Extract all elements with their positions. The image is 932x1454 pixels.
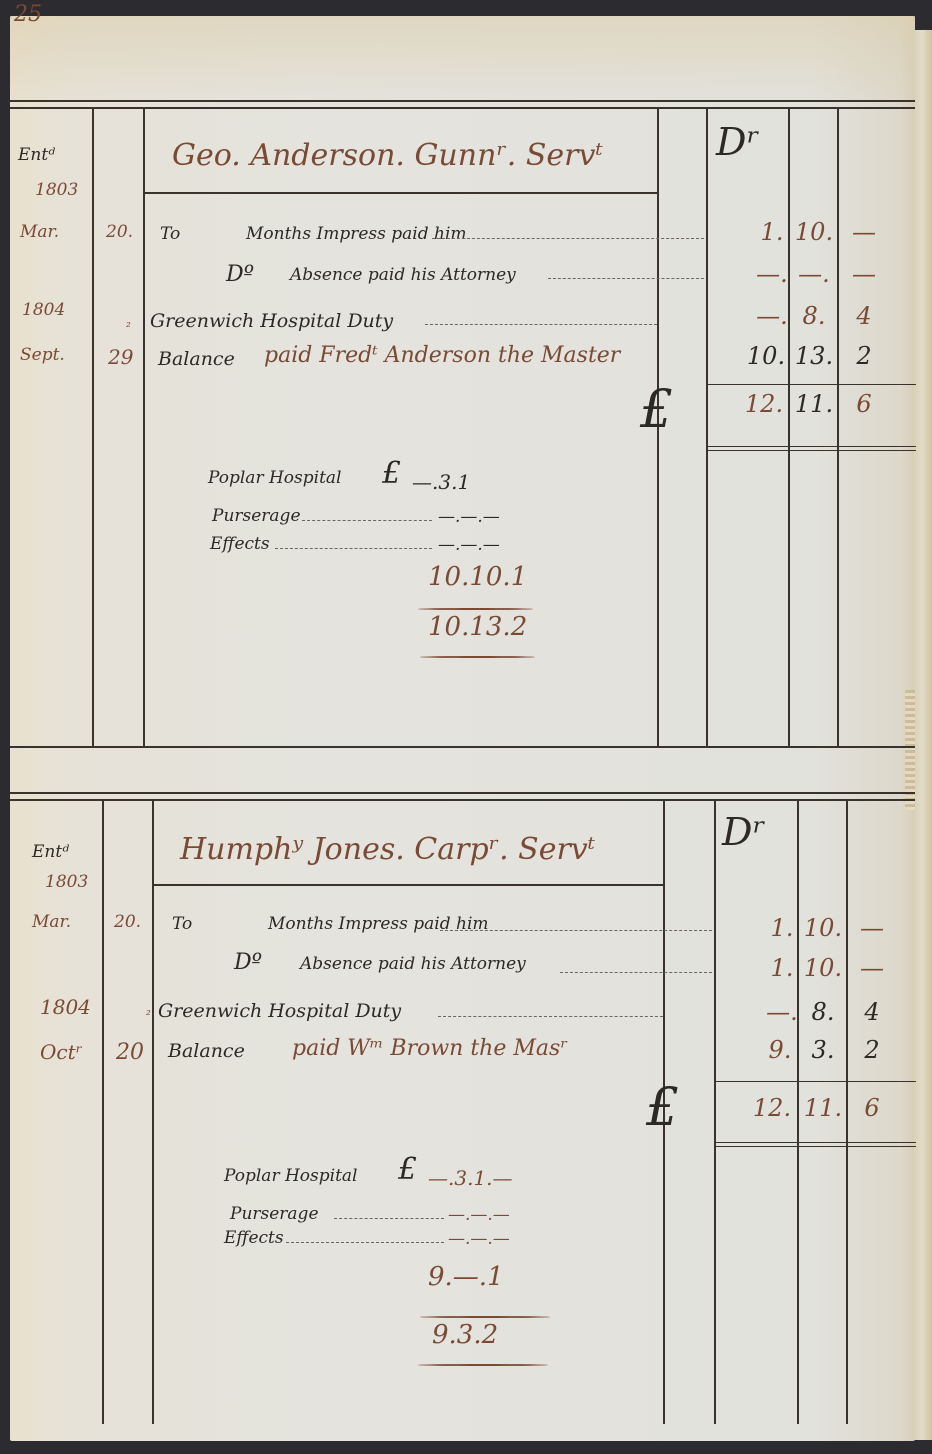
pence: —	[844, 260, 884, 288]
breakdown-currency: £	[382, 456, 401, 491]
month-2: Sept.	[20, 345, 65, 365]
top-rule	[10, 792, 915, 794]
breakdown-total: 10.13.2	[428, 612, 527, 642]
day-2-mark: ₂	[146, 1004, 151, 1018]
name-box-rule	[152, 884, 664, 886]
pounds: 1.	[762, 914, 802, 942]
column-rule	[837, 108, 839, 748]
pence: —	[852, 954, 892, 982]
shillings: —.	[794, 260, 834, 288]
column-rule	[152, 800, 154, 1424]
shillings: 10.	[803, 914, 843, 942]
pence: 2	[844, 342, 884, 370]
breakdown-label: Effects	[224, 1228, 284, 1248]
day-2: 29	[108, 345, 133, 369]
leader-dots	[425, 324, 657, 325]
breakdown-currency: £	[398, 1152, 417, 1187]
top-rule	[10, 100, 915, 102]
column-rule	[714, 800, 716, 1424]
shillings: 3.	[803, 1036, 843, 1064]
column-rule	[846, 800, 848, 1424]
breakdown-label: Poplar Hospital	[224, 1166, 357, 1186]
debit-heading: Dʳ	[722, 810, 766, 854]
column-rule	[92, 108, 94, 748]
pence: 4	[844, 302, 884, 330]
breakdown-value: —.—.—	[438, 507, 500, 527]
pounds: —.	[762, 998, 802, 1026]
line-description: Months Impress paid him	[246, 224, 467, 244]
debit-heading: Dʳ	[716, 120, 760, 164]
breakdown-label: Purserage	[212, 506, 301, 526]
month-1: Mar.	[20, 222, 59, 242]
pounds: 1.	[762, 954, 802, 982]
leader-dots	[286, 1242, 444, 1243]
underline-flourish	[418, 608, 533, 610]
column-rule	[797, 800, 799, 1424]
pound-sign: £	[640, 380, 673, 440]
line-prefix: To	[160, 224, 180, 244]
underline-flourish	[418, 1364, 548, 1366]
pounds: —.	[752, 260, 792, 288]
page-edge	[912, 30, 932, 1440]
total-pence: 6	[844, 390, 884, 418]
leader-dots	[275, 548, 432, 549]
line-description: Months Impress paid him	[268, 914, 489, 934]
line-description: Balance	[158, 348, 235, 370]
pounds: 10.	[746, 342, 786, 370]
breakdown-subtotal: 9.—.1	[428, 1262, 504, 1292]
line-prefix: To	[172, 914, 192, 934]
breakdown-label: Poplar Hospital	[208, 468, 341, 488]
pence: 2	[852, 1036, 892, 1064]
line-description: Greenwich Hospital Duty	[150, 310, 393, 332]
total-pence: 6	[852, 1094, 892, 1122]
entered-label: Entᵈ	[18, 145, 55, 165]
total-double-rule	[706, 450, 916, 451]
leader-dots	[302, 520, 432, 521]
breakdown-value: —.3.1	[412, 470, 470, 494]
total-pounds: 12.	[744, 390, 784, 418]
total-double-rule	[706, 446, 916, 447]
account-name: Humphʸ Jones. Carpʳ. Servᵗ	[180, 832, 595, 867]
total-shillings: 11.	[803, 1094, 843, 1122]
year-2: 1804	[40, 995, 91, 1019]
leader-dots	[438, 1016, 663, 1017]
top-rule-inner	[10, 107, 915, 109]
line-addendum: paid Fredᵗ Anderson the Master	[264, 343, 620, 368]
shillings: 13.	[794, 342, 834, 370]
breakdown-subtotal: 10.10.1	[428, 562, 527, 592]
year-2: 1804	[22, 300, 65, 320]
breakdown-label: Effects	[210, 534, 270, 554]
leader-dots	[334, 1218, 444, 1219]
underline-flourish	[420, 656, 535, 658]
shillings: 8.	[803, 998, 843, 1026]
shillings: 10.	[803, 954, 843, 982]
month-2: Octʳ	[40, 1040, 83, 1064]
bottom-rule	[10, 746, 915, 748]
line-description: Absence paid his Attorney	[290, 265, 516, 285]
shillings: 10.	[794, 218, 834, 246]
breakdown-value: —.—.—	[448, 1205, 510, 1225]
year-1: 1803	[45, 872, 88, 892]
column-rule	[706, 108, 708, 748]
entered-label: Entᵈ	[32, 842, 69, 862]
total-pounds: 12.	[752, 1094, 792, 1122]
total-double-rule	[714, 1146, 916, 1147]
pounds: 9.	[760, 1036, 800, 1064]
line-prefix: Dº	[234, 950, 262, 975]
column-rule	[788, 108, 790, 748]
total-double-rule	[714, 1142, 916, 1143]
line-description: Absence paid his Attorney	[300, 954, 526, 974]
leader-dots	[440, 930, 712, 931]
account-name: Geo. Anderson. Gunnʳ. Servᵗ	[172, 138, 603, 173]
pence: —	[852, 914, 892, 942]
day-1: 20.	[114, 912, 141, 932]
pound-sign: £	[646, 1078, 679, 1138]
name-box-rule	[143, 192, 658, 194]
column-rule	[143, 108, 145, 748]
line-prefix: Dº	[226, 262, 254, 287]
total-shillings: 11.	[794, 390, 834, 418]
breakdown-value: —.—.—	[438, 535, 500, 555]
leader-dots	[560, 972, 712, 973]
leader-dots	[548, 278, 704, 279]
column-rule	[102, 800, 104, 1424]
shillings: 8.	[794, 302, 834, 330]
day-1: 20.	[106, 222, 133, 242]
breakdown-label: Purserage	[230, 1204, 319, 1224]
line-description: Balance	[168, 1040, 245, 1062]
pence: —	[844, 218, 884, 246]
month-1: Mar.	[32, 912, 71, 932]
breakdown-value: —.3.1.—	[428, 1166, 513, 1190]
line-addendum: paid Wᵐ Brown the Masʳ	[292, 1036, 568, 1061]
day-2: 20	[116, 1040, 144, 1065]
pounds: 1.	[752, 218, 792, 246]
pounds: —.	[752, 302, 792, 330]
underline-flourish	[420, 1316, 550, 1318]
top-rule-inner	[10, 799, 915, 801]
leader-dots	[432, 238, 704, 239]
page-number: 25	[14, 2, 42, 27]
line-description: Greenwich Hospital Duty	[158, 1000, 401, 1022]
total-rule	[706, 384, 916, 385]
breakdown-value: —.—.—	[448, 1229, 510, 1249]
pence: 4	[852, 998, 892, 1026]
year-1: 1803	[35, 180, 78, 200]
breakdown-total: 9.3.2	[432, 1320, 498, 1350]
day-2-mark: ₂	[126, 316, 131, 330]
total-rule	[714, 1081, 916, 1082]
